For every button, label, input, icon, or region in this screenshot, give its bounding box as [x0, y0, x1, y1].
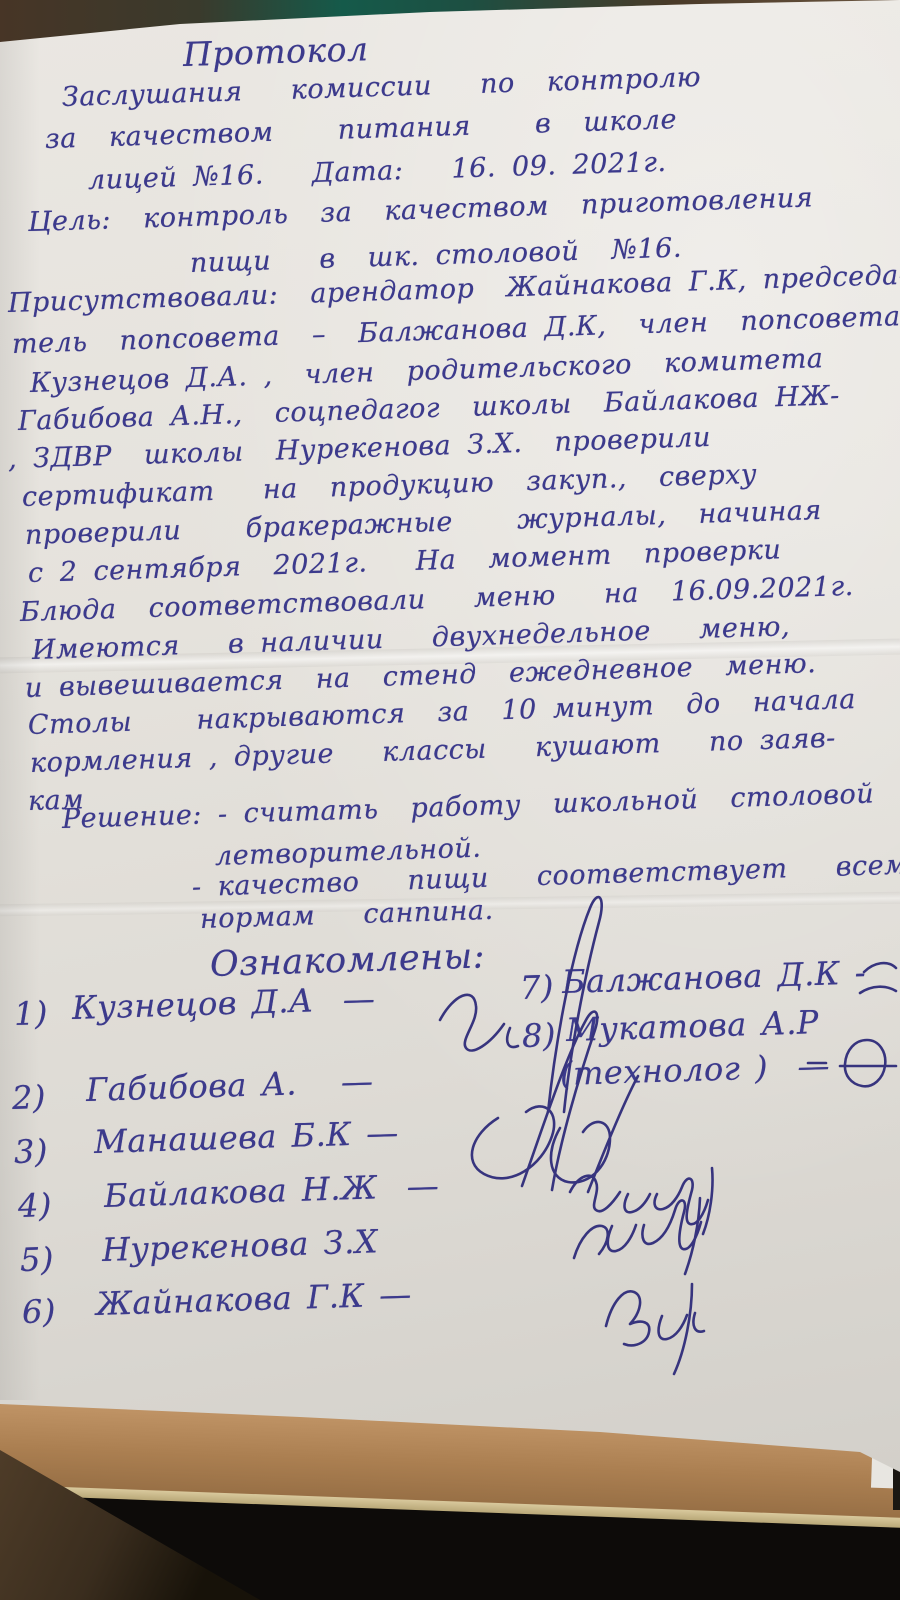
list-number: 5) — [19, 1243, 54, 1276]
signatory-name: Кузнецов Д.А — — [71, 982, 375, 1024]
list-number: 6) — [21, 1295, 56, 1328]
handwritten-line: за качеством питания в школе — [45, 106, 678, 153]
handwritten-line: Заслушания комиссии по контролю — [62, 64, 702, 111]
signatory-name: Байлакова Н.Ж — — [103, 1169, 439, 1212]
list-number: 1) — [13, 997, 48, 1030]
document-title: Протокол — [182, 32, 368, 71]
list-number: 2) — [11, 1081, 46, 1114]
photographed-document: Протокол Заслушания комиссии по контролю… — [0, 0, 900, 1600]
signature-stroke — [574, 1198, 701, 1274]
list-number: 7) — [519, 971, 554, 1004]
signature-stroke — [551, 1076, 638, 1192]
signatory-name: Балжанова Д.К - — [561, 956, 866, 998]
signature-stroke — [606, 1284, 704, 1374]
signatory-name: Мукатова А.Р — [565, 1006, 819, 1046]
list-number: 8) — [521, 1019, 556, 1052]
signature-stroke — [440, 995, 518, 1051]
acknowledged-heading: Ознакомлены: — [209, 939, 485, 983]
handwritten-line: лицей №16. Дата: 16. 09. 2021г. — [88, 149, 667, 194]
signatory-name: Габибова А. — — [85, 1065, 373, 1106]
signatory-name: (технолог ) — — [559, 1049, 845, 1090]
signatory-name: Нурекенова З.Х — [101, 1225, 378, 1266]
signatory-name: Манашева Б.К — — [93, 1116, 399, 1158]
paper-sheet: Протокол Заслушания комиссии по контролю… — [0, 0, 900, 1475]
handwritten-line: Решение: - считать работу школьной столо… — [62, 777, 900, 833]
signature-stroke — [570, 1168, 713, 1234]
handwritten-line: нормам санпина. — [200, 897, 494, 933]
list-number: 4) — [17, 1189, 52, 1222]
signature-stroke — [472, 1106, 554, 1178]
signatory-name: Жайнакова Г.К — — [95, 1278, 412, 1320]
list-number: 3) — [13, 1135, 48, 1168]
